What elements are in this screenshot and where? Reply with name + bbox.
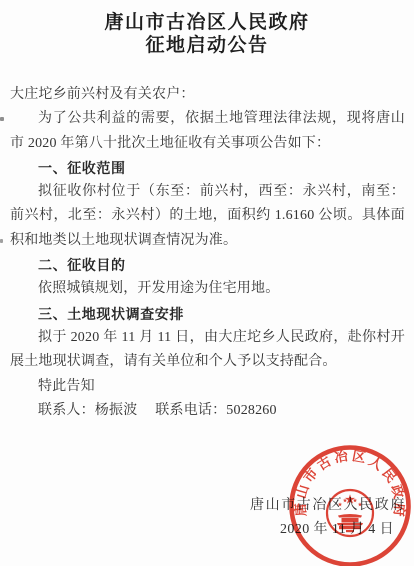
title-line-issuer: 唐山市古冶区人民政府 — [0, 11, 414, 34]
section-1-body: 拟征收你村位于（东至：前兴村，西至：永兴村，南至：前兴村，北至：永兴村）的土地，… — [10, 180, 405, 253]
title-line-subject: 征地启动公告 — [0, 34, 414, 57]
contact-line: 联系人：杨振波 联系电话：5028260 — [10, 399, 405, 423]
signature-date: 2020 年 11 月 4 日 — [250, 521, 406, 538]
signature-block: 唐山市古冶区人民政府 2020 年 11 月 4 日 — [250, 497, 406, 538]
scan-speck — [0, 239, 3, 243]
closing-line: 特此告知 — [10, 375, 405, 399]
section-2-heading: 二、征收目的 — [10, 253, 405, 277]
document-body: 大庄坨乡前兴村及有关农户： 为了公共利益的需要，依据土地管理法律法规，现将唐山市… — [0, 83, 414, 423]
section-2-body: 依照城镇规划，开发用途为住宅用地。 — [10, 277, 405, 301]
scanned-announcement-page: 唐山市古冶区人民政府 征地启动公告 大庄坨乡前兴村及有关农户： 为了公共利益的需… — [0, 0, 414, 566]
scan-speck — [0, 117, 4, 121]
document-title: 唐山市古冶区人民政府 征地启动公告 — [0, 0, 414, 57]
signature-issuer: 唐山市古冶区人民政府 — [250, 497, 406, 514]
section-3-heading: 三、土地现状调查安排 — [10, 302, 405, 326]
section-3-body: 拟于 2020 年 11 月 11 日，由大庄坨乡人民政府，赴你村开展土地现状调… — [10, 326, 405, 375]
salutation: 大庄坨乡前兴村及有关农户： — [10, 83, 405, 107]
section-1-heading: 一、征收范围 — [10, 156, 405, 180]
intro-paragraph: 为了公共利益的需要，依据土地管理法律法规，现将唐山市 2020 年第八十批次土地… — [10, 107, 405, 156]
